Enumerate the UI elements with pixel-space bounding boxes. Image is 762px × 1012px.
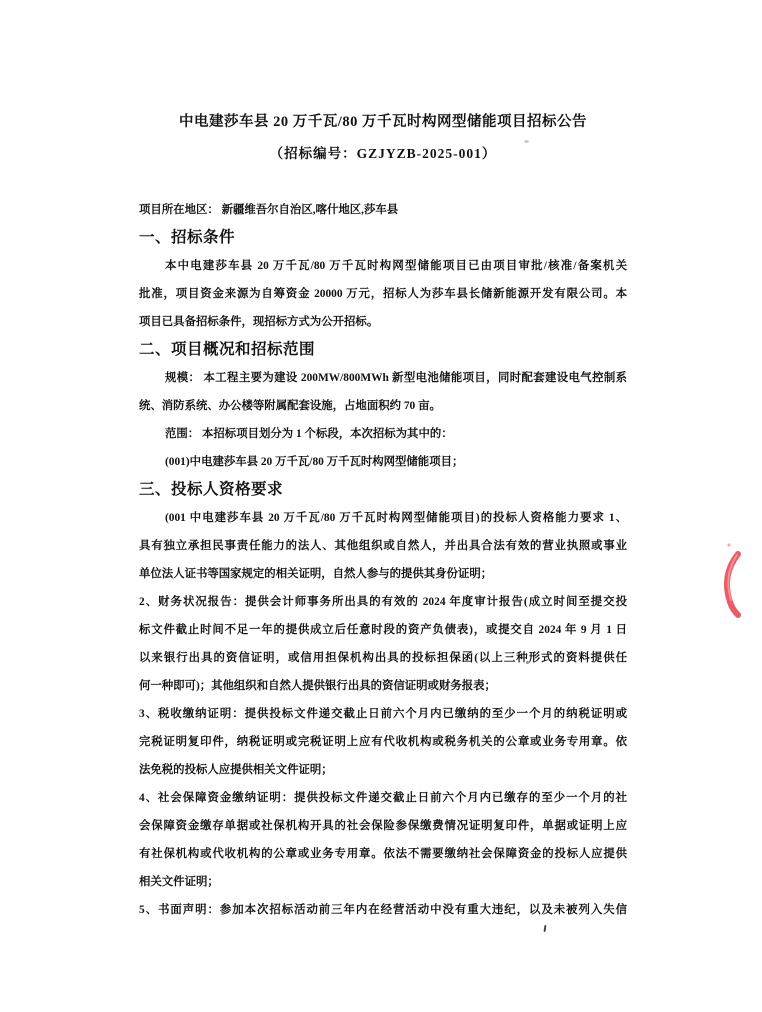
tender-reference-number: （招标编号：GZJYZB-2025-001） (139, 138, 627, 170)
scanned-page: 中电建莎车县 20 万千瓦/80 万千瓦时构网型储能项目招标公告 （招标编号：G… (0, 0, 762, 1012)
text-line: 何一种即可)；其他组织和自然人提供银行出具的资信证明或财务报表； (139, 672, 627, 700)
text-line: 标文件截止时间不足一年的提供成立后任意时段的资产负债表)，或提交自 2024 年… (139, 616, 627, 644)
text-line: 单位法人证书等国家规定的相关证明，自然人参与的提供其身份证明； (139, 560, 627, 588)
text-line: 本中电建莎车县 20 万千瓦/80 万千瓦时构网型储能项目已由项目审批/核准/备… (139, 252, 627, 280)
scan-speck (526, 661, 529, 664)
text-line: 相关文件证明； (139, 868, 627, 896)
text-line: 3、税收缴纳证明：提供投标文件递交截止日前六个月内已缴纳的至少一个月的纳税证明或 (139, 700, 627, 728)
text-line: 完税证明复印件，纳税证明或完税证明上应有代收机构或税务机关的公章或业务专用章。依 (139, 728, 627, 756)
text-line: 4、社会保障资金缴纳证明：提供投标文件递交截止日前六个月内已缴存的至少一个月的社 (139, 784, 627, 812)
text-line: 具有独立承担民事责任能力的法人、其他组织或自然人，并出具合法有效的营业执照或事业 (139, 532, 627, 560)
section-2-heading: 二、项目概况和招标范围 (139, 336, 627, 364)
text-line: 会保障资金缴存单据或社保机构开具的社会保险参保缴费情况证明复印件，单据或证明上应 (139, 812, 627, 840)
text-line: 批准，项目资金来源为自筹资金 20000 万元，招标人为莎车县长储新能源开发有限… (139, 280, 627, 308)
text-line: 有社保机构或代收机构的公章或业务专用章。依法不需要缴纳社会保障资金的投标人应提供 (139, 840, 627, 868)
section-1-heading: 一、招标条件 (139, 224, 627, 252)
section-3-heading: 三、投标人资格要求 (139, 476, 627, 504)
tender-document: 中电建莎车县 20 万千瓦/80 万千瓦时构网型储能项目招标公告 （招标编号：G… (139, 106, 627, 924)
scan-speck (524, 140, 529, 143)
text-line: 规模： 本工程主要为建设 200MW/800MWh 新型电池储能项目，同时配套建… (139, 364, 627, 392)
text-line: 项目已具备招标条件，现招标方式为公开招标。 (139, 308, 627, 336)
scan-speck (544, 925, 547, 932)
project-location-line: 项目所在地区： 新疆维吾尔自治区,喀什地区,莎车县 (139, 196, 627, 224)
document-title: 中电建莎车县 20 万千瓦/80 万千瓦时构网型储能项目招标公告 (139, 106, 627, 138)
text-line: 2、财务状况报告：提供会计师事务所出具的有效的 2024 年度审计报告(成立时间… (139, 588, 627, 616)
document-body: 项目所在地区： 新疆维吾尔自治区,喀什地区,莎车县 一、招标条件 本中电建莎车县… (139, 196, 627, 924)
text-line: 以来银行出具的资信证明，或信用担保机构出具的投标担保函(以上三种形式的资料提供任 (139, 644, 627, 672)
text-line: 统、消防系统、办公楼等附属配套设施，占地面积约 70 亩。 (139, 392, 627, 420)
red-seal-fragment (716, 540, 748, 629)
text-line: (001 中电建莎车县 20 万千瓦/80 万千瓦时构网型储能项目)的投标人资格… (139, 504, 627, 532)
text-line: 5、书面声明：参加本次招标活动前三年内在经营活动中没有重大违纪，以及未被列入失信 (139, 896, 627, 924)
text-line: 范围： 本招标项目划分为 1 个标段，本次招标为其中的： (139, 420, 627, 448)
text-line: 法免税的投标人应提供相关文件证明； (139, 756, 627, 784)
text-line: (001)中电建莎车县 20 万千瓦/80 万千瓦时构网型储能项目； (139, 448, 627, 476)
